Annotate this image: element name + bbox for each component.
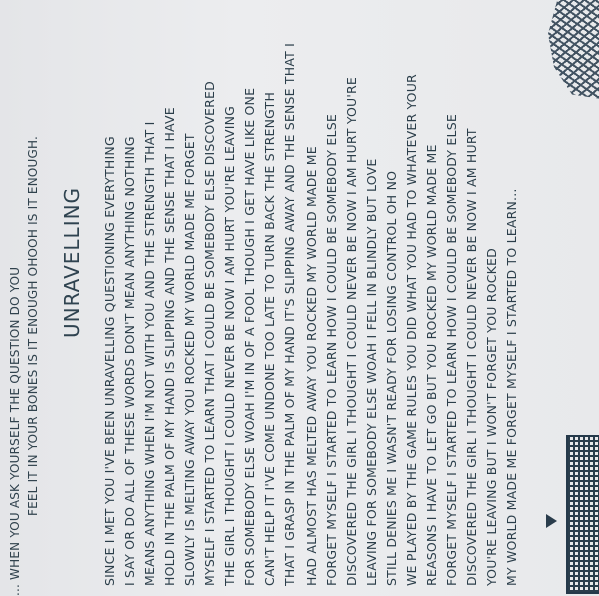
lyric-line: THE GIRL I THOUGHT I COULD NEVER BE NOW … [222,106,237,586]
lyric-line: MY WORLD MADE ME FORGET MYSELF I STARTED… [504,188,519,586]
lyric-line: HAD ALMOST HAS MELTED AWAY YOU ROCKED MY… [304,146,319,586]
song-title: UNRAVELLING [60,187,84,338]
lyric-line: FORGET MYSELF I STARTED TO LEARN HOW I C… [444,114,459,586]
lyric-line: I SAY OR DO ALL OF THESE WORDS DON'T MEA… [122,136,137,586]
lyric-line: FOR SOMEBODY ELSE WOAH I'M IN OF A FOOL … [242,88,257,586]
lyric-line: HOLD IN THE PALM OF MY HAND IS SLIPPING … [162,107,177,586]
crosshatched-box-drawing [566,435,599,594]
lyric-line: CAN'T HELP IT I'VE COME UNDONE TOO LATE … [262,92,277,586]
rotated-text-area: ... WHEN YOU ASK YOURSELF THE QUESTION D… [0,0,599,596]
lyric-line: THAT I GRASP IN THE PALM OF MY HAND IT'S… [282,43,297,586]
lyric-line: FORGET MYSELF I STARTED TO LEARN HOW I C… [324,114,339,586]
arrow-marker-icon [546,514,557,528]
lyric-line: YOU'RE LEAVING BUT I WON'T FORGET YOU RO… [484,248,499,586]
lyric-line: MEANS ANYTHING WHEN I'M NOT WITH YOU AND… [142,122,157,586]
lyric-line: MYSELF I STARTED TO LEARN THAT I COULD B… [202,81,217,586]
lyric-line: SINCE I MET YOU I'VE BEEN UNRAVELLING QU… [102,136,117,586]
lyric-line: SLOWLY IS MELTING AWAY YOU ROCKED MY WOR… [182,133,197,586]
lyric-line: LEAVING FOR SOMEBODY ELSE WOAH I FELL IN… [364,159,379,586]
lyric-sheet-page: ... WHEN YOU ASK YOURSELF THE QUESTION D… [0,0,599,596]
previous-song-line-2: FEEL IT IN YOUR BONES IS IT ENOUGH OHOOH… [26,136,40,516]
lyric-line: REASONS I HAVE TO LET GO BUT YOU ROCKED … [424,144,439,586]
lyric-line: STILL DENIES ME I WASN'T READY FOR LOSIN… [384,171,399,586]
lyric-line: WE PLAYED BY THE GAME RULES YOU DID WHAT… [404,74,419,586]
previous-song-line-1: ... WHEN YOU ASK YOURSELF THE QUESTION D… [8,267,22,596]
lyric-line: DISCOVERED THE GIRL I THOUGHT I COULD NE… [344,77,359,586]
lyric-line: DISCOVERED THE GIRL I THOUGHT I COULD NE… [464,128,479,586]
